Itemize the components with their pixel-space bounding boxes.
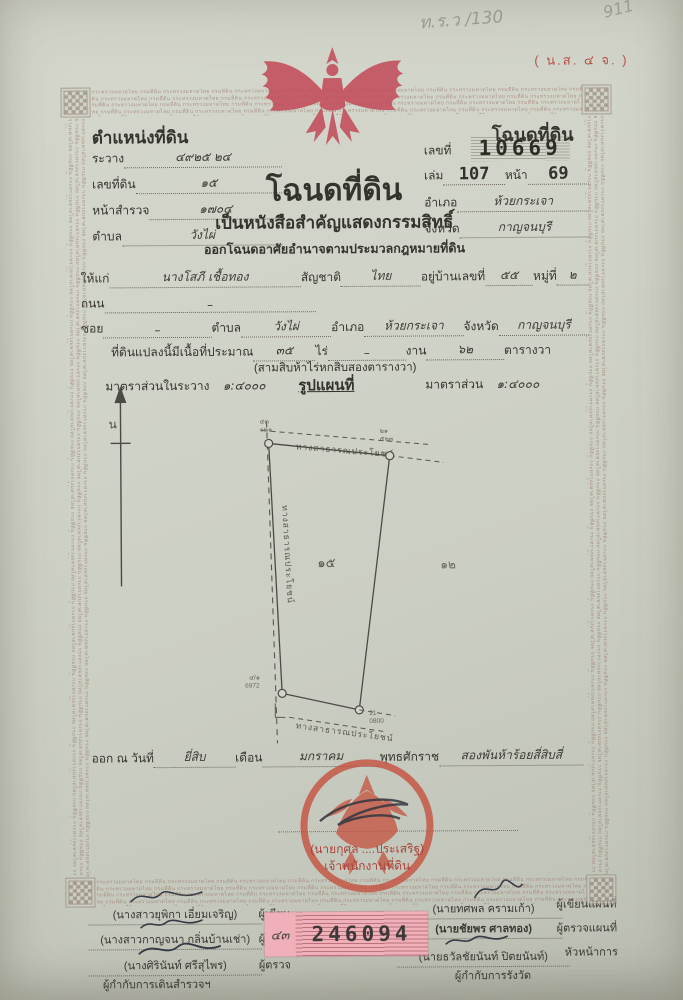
province-label: จังหวัด [463, 317, 498, 336]
page-subtitle-2: ออกโฉนดอาศัยอำนาจตามประมวลกฎหมายที่ดิน [184, 238, 484, 260]
svg-text:21: 21 [369, 710, 377, 717]
signature-role: หัวหน้าการ [565, 942, 618, 960]
left-footer-role: ผู้กำกับการเดินสำรวจฯ [103, 975, 211, 994]
page-value: 69 [528, 163, 590, 184]
plot-number: ๑๕ [317, 555, 335, 570]
owner-line-2: ซอย – ตำบล วังไผ่ อำเภอ ห้วยกระเจา จังหว… [81, 315, 589, 338]
month-label: เดือน [235, 748, 262, 767]
page-title: โฉนดที่ดิน [234, 166, 434, 214]
north-label: น [108, 417, 116, 431]
pencil-note-right: 911 [601, 0, 635, 22]
border-rosette [581, 84, 611, 114]
serial-number: 246094 [312, 922, 412, 947]
garuda-emblem-icon [247, 45, 418, 168]
field-label: หน้าสำรวจ [92, 201, 149, 220]
svg-text:6972: 6972 [245, 683, 260, 690]
amphoe-value: ห้วยกระเจา [364, 316, 463, 337]
svg-text:๒๑: ๒๑ [380, 428, 388, 435]
border-band-right: กระทรวงมหาดไทย กรมที่ดิน กระทรวงมหาดไทย … [585, 115, 610, 875]
road-value: – [104, 297, 315, 313]
right-footer-role: ผู้กำกับการรังวัด [455, 966, 531, 984]
deed-volume-row: เล่ม 107 หน้า 69 [424, 163, 589, 185]
signature-role: ผู้ตรวจแผนที่ [557, 918, 618, 936]
amphoe-label: อำเภอ [331, 318, 364, 337]
owner-line-1: ให้แก่ นางโสภี เชื้อทอง สัญชาติ ไทย อยู่… [81, 265, 589, 288]
signature-scribble [442, 932, 512, 948]
house-label: อยู่บ้านเลขที่ [421, 267, 485, 286]
field-label: ระวาง [92, 149, 124, 168]
signature-role: ผู้ตรวจ [259, 955, 291, 973]
marker-numbers: ๔๓ ๑๒๑ ๒๑ ๕๒๓ ๔/๑ 6972 21 0800 [244, 418, 396, 726]
road-left-label: ทางสาธารณประโยชน์ [280, 505, 296, 604]
serial-handwritten: ๔๓ [265, 924, 296, 945]
soi-value: – [103, 323, 211, 339]
deed-paper: ท.ร.ว /130 911 ( น.ส. ๔ จ. ) กระทรวงมหาด… [0, 0, 683, 1000]
page-subtitle-1: เป็นหนังสือสำคัญแสดงกรรมสิทธิ์ [184, 208, 484, 237]
deed-number-row: เลขที่ 10669 [424, 135, 589, 160]
nationality-value: ไทย [341, 267, 421, 287]
svg-text:๕๒๓: ๕๒๓ [380, 436, 394, 443]
svg-text:๔/๑: ๔/๑ [249, 675, 260, 682]
deed-number-value: 10669 [451, 135, 589, 160]
field-label: เลขที่ดิน [92, 175, 136, 194]
road-top-label: ทางสาธารณประโยชน์ [296, 441, 395, 459]
signature-name: (นางศิรินันท์ ศรีสุไพร) [89, 955, 262, 976]
border-rosette [586, 874, 616, 904]
serial-stamp: ๔๓ 246094 [265, 911, 428, 956]
tambon-label: ตำบล [211, 319, 241, 338]
svg-text:0800: 0800 [369, 718, 384, 725]
owner-name: นางโสภี เชื้อทอง [109, 267, 301, 288]
road-top-dashed [262, 429, 429, 445]
house-value: ๕๕ [485, 266, 533, 286]
adjacent-plot-number: ๑๒ [440, 557, 456, 571]
province-value: กาญจนบุรี [499, 315, 589, 336]
moo-label: หมู่ที่ [533, 267, 557, 286]
svg-text:๑๒๑: ๑๒๑ [260, 426, 273, 433]
form-code: ( น.ส. ๔ จ. ) [534, 49, 628, 71]
svg-text:๔๓: ๔๓ [260, 418, 270, 425]
serial-lines: 246094 [295, 911, 428, 956]
seal-signer-title: เจ้าพนักงานที่ดิน [217, 856, 517, 877]
moo-value: ๒ [557, 265, 589, 285]
tambon-value: วังไผ่ [241, 317, 331, 338]
nationality-label: สัญชาติ [301, 268, 341, 287]
page-label: หน้า [505, 166, 528, 185]
issue-prefix: ออก ณ วันที่ [92, 749, 154, 768]
deed-number-label: เลขที่ [424, 141, 452, 160]
pencil-note-left: ท.ร.ว /130 [418, 3, 504, 36]
field-label: ตำบล [92, 227, 122, 246]
issue-year: สองพันห้าร้อยสี่สิบสี่ [439, 746, 584, 767]
cadastral-map: น ทางสาธารณประโยชน์ ทางสาธารณประโยชน์ ทา… [83, 384, 585, 749]
border-band-left: กระทรวงมหาดไทย กรมที่ดิน กระทรวงมหาดไทย … [66, 119, 91, 879]
issue-day: ยี่สิบ [154, 748, 235, 768]
border-rosette [60, 88, 90, 118]
border-rosette [65, 878, 95, 908]
volume-value: 107 [443, 164, 505, 185]
wa-label: ตารางวา [504, 341, 551, 360]
owner-line-road: ถนน – [81, 293, 316, 313]
